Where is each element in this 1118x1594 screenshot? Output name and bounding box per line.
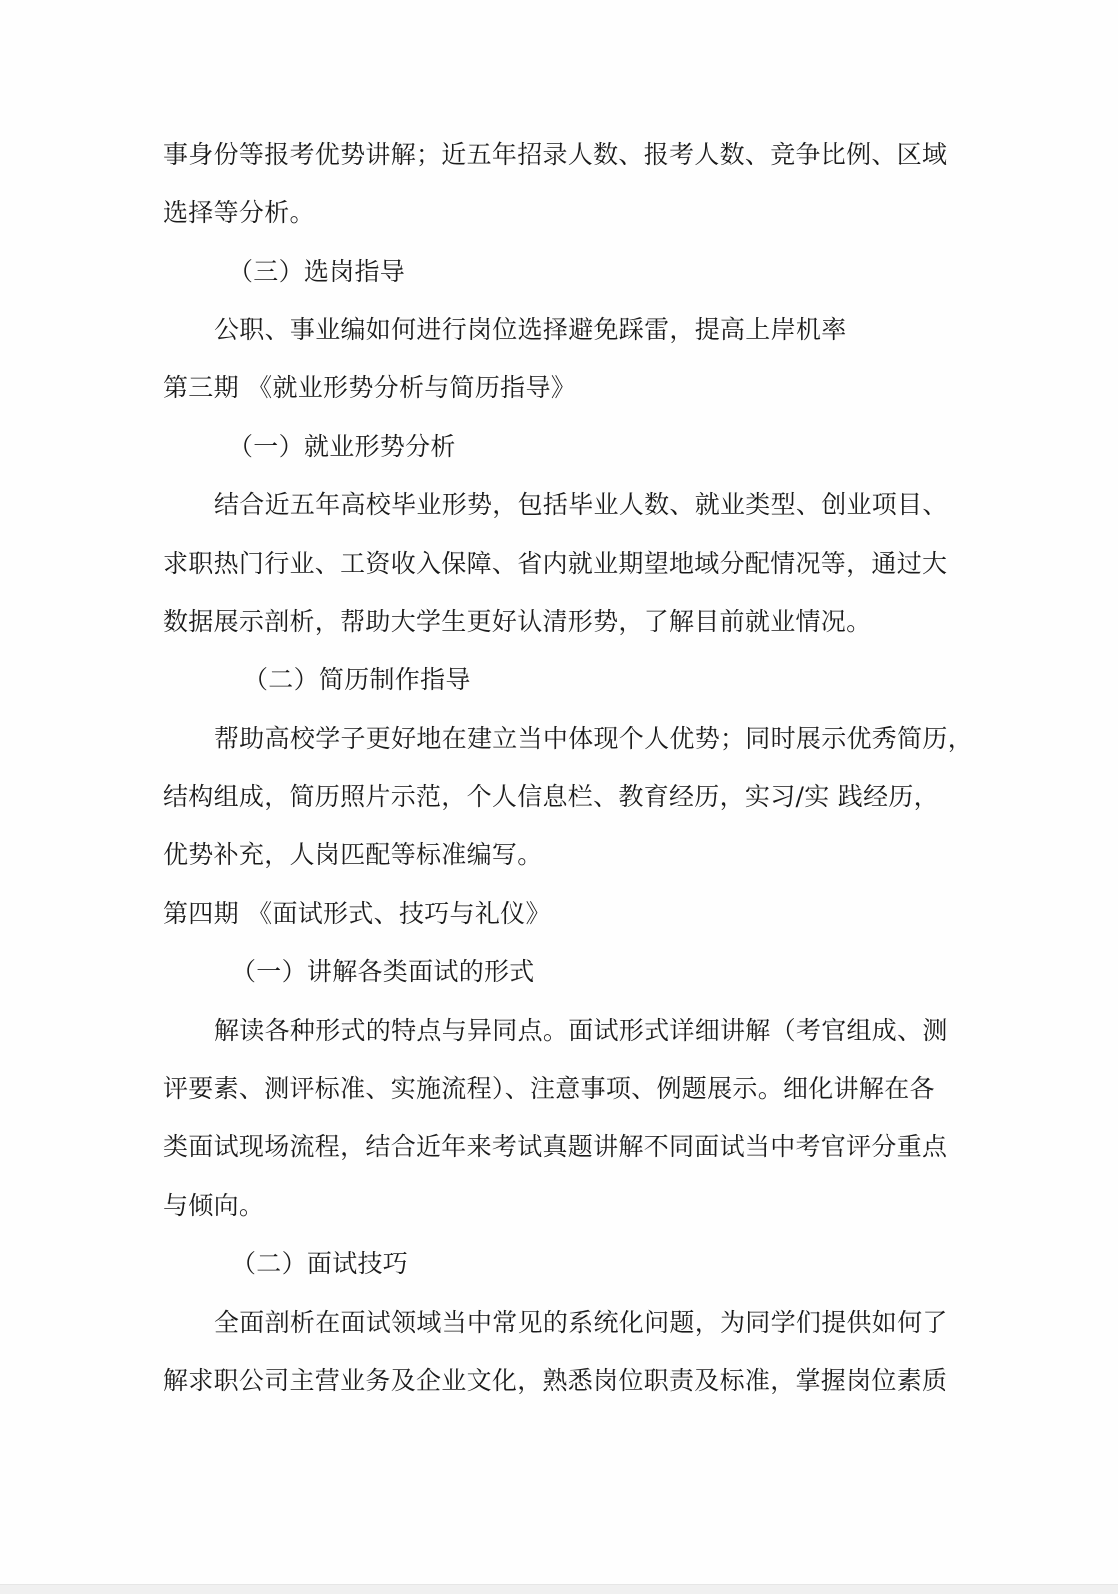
section-subheading: （二）面试技巧	[231, 1249, 408, 1279]
issue-heading: 第三期 《就业形势分析与简历指导》	[163, 373, 576, 403]
body-paragraph-start: 帮助高校学子更好地在建立当中体现个人优势；同时展示优秀简历，	[214, 724, 973, 754]
body-paragraph-start: 解读各种形式的特点与异同点。面试形式详细讲解（考官组成、测	[214, 1016, 948, 1046]
section-subheading: （三）选岗指导	[228, 257, 405, 287]
body-paragraph-start: 公职、事业编如何进行岗位选择避免踩雷，提高上岸机率	[214, 315, 847, 345]
body-text-line: 结构组成，简历照片示范，个人信息栏、教育经历，实习/实 践经历，	[163, 782, 939, 812]
body-text-line: 求职热门行业、工资收入保障、省内就业期望地域分配情况等，通过大	[163, 549, 947, 579]
body-text-line: 与倾向。	[163, 1191, 264, 1221]
issue-heading: 第四期 《面试形式、技巧与礼仪》	[163, 899, 551, 929]
body-paragraph-start: 结合近五年高校毕业形势，包括毕业人数、就业类型、创业项目、	[214, 490, 948, 520]
body-text-line: 类面试现场流程，结合近年来考试真题讲解不同面试当中考官评分重点	[163, 1132, 947, 1162]
document-page: 事身份等报考优势讲解；近五年招录人数、报考人数、竞争比例、区域 选择等分析。 （…	[0, 0, 1118, 1584]
body-text-line: 选择等分析。	[163, 198, 315, 228]
body-text-line: 数据展示剖析，帮助大学生更好认清形势，了解目前就业情况。	[163, 607, 871, 637]
page-bottom-edge	[0, 1584, 1118, 1594]
body-text-line: 评要素、测评标准、实施流程）、注意事项、例题展示。细化讲解在各	[163, 1074, 935, 1104]
body-text-line: 优势补充，人岗匹配等标准编写。	[163, 840, 543, 870]
body-text-line: 解求职公司主营业务及企业文化，熟悉岗位职责及标准，掌握岗位素质	[163, 1366, 947, 1396]
section-subheading: （二）简历制作指导	[243, 665, 471, 695]
section-subheading: （一）就业形势分析	[228, 432, 456, 462]
section-subheading: （一）讲解各类面试的形式	[231, 957, 535, 987]
body-text-line: 事身份等报考优势讲解；近五年招录人数、报考人数、竞争比例、区域	[163, 140, 947, 170]
body-paragraph-start: 全面剖析在面试领域当中常见的系统化问题，为同学们提供如何了	[214, 1308, 948, 1338]
